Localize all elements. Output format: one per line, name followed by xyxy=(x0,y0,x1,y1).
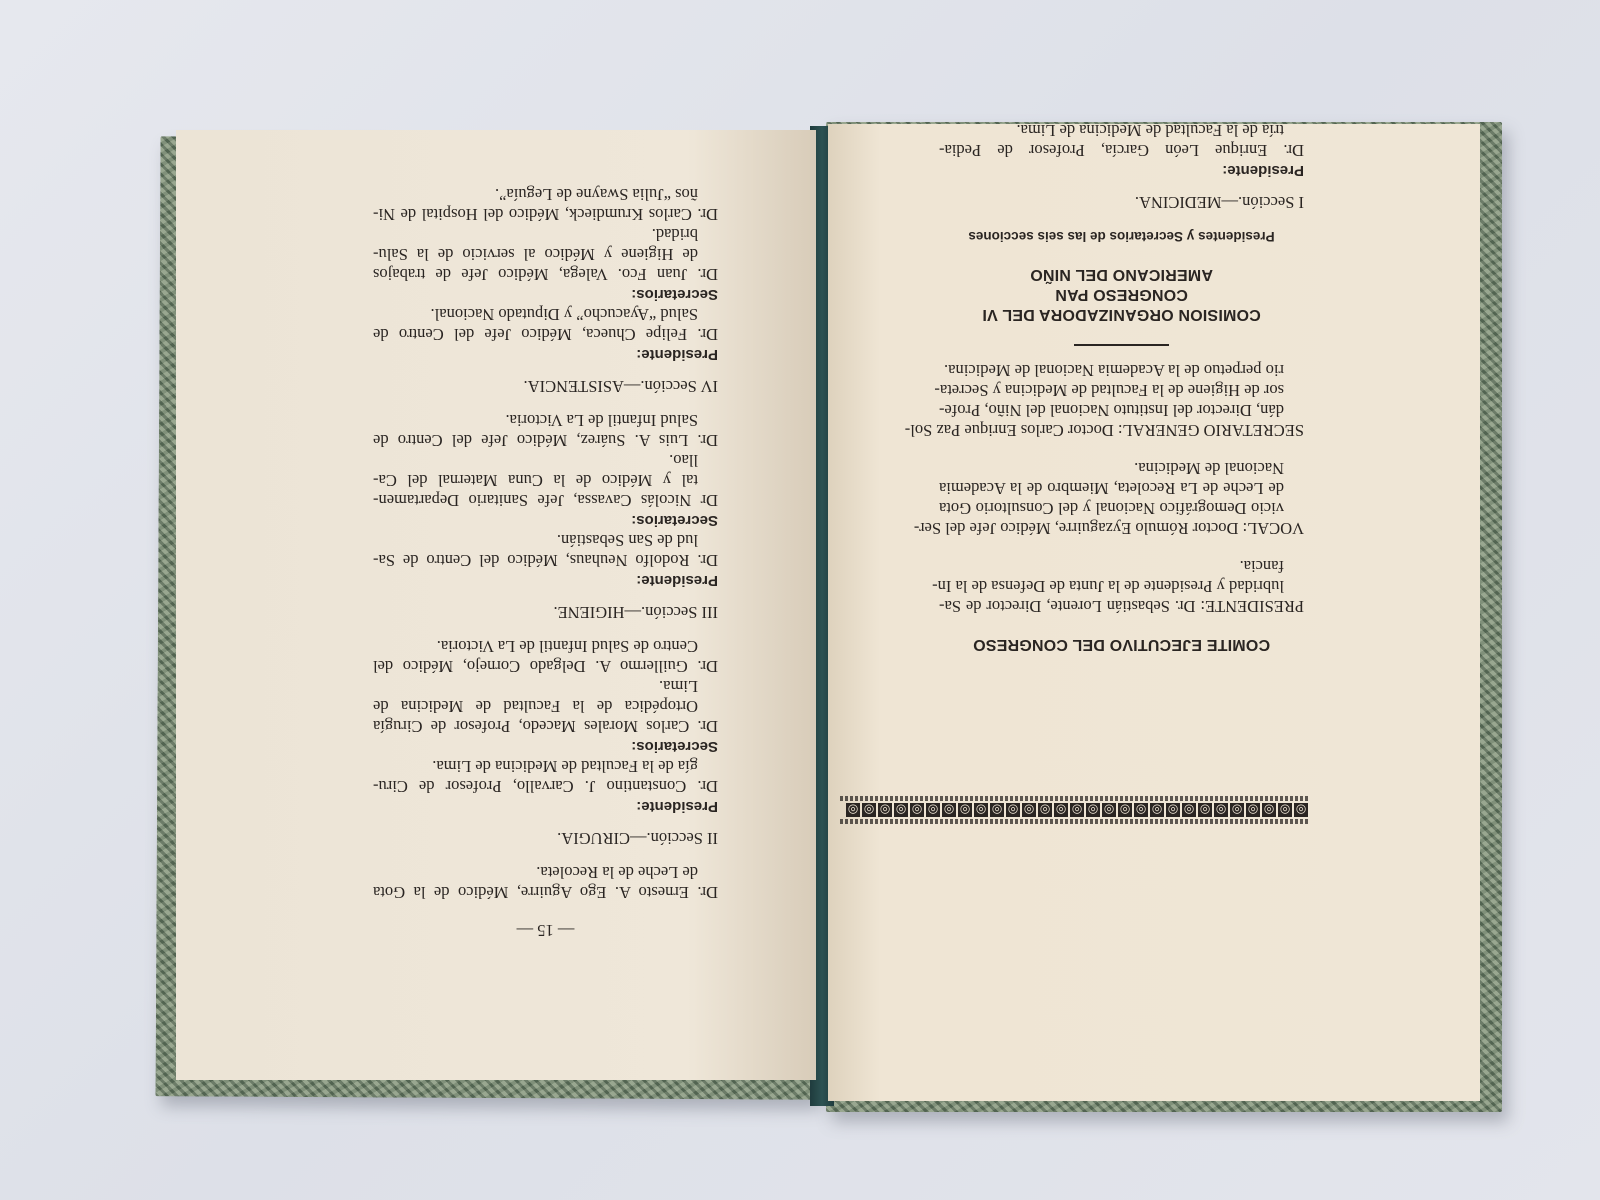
entry-line: Lima. xyxy=(373,676,718,696)
entry-line: Dr. Juan Fco. Valega, Médico Jefe de tra… xyxy=(373,264,718,284)
left-page: — 15 — Dr. Ernesto A. Ego Aguirre, Médic… xyxy=(176,130,816,1080)
entry-line: rio perpetuo de la Academia Nacional de … xyxy=(939,360,1304,380)
section-title: I Sección.—MEDICINA. xyxy=(939,192,1304,212)
section-title: III Sección.—HIGIENE. xyxy=(373,602,718,622)
greek-wave-border-icon: ◎◎◎◎◎◎◎◎◎◎◎◎◎◎◎◎◎◎◎◎◎◎◎◎◎◎◎◎◎ xyxy=(838,796,1308,824)
entry-line: VOCAL: Doctor Rómulo Eyzaguirre, Médico … xyxy=(939,518,1304,538)
entry-line: PRESIDENTE: Dr. Sebastián Lorente, Direc… xyxy=(939,596,1304,616)
entry-line: SECRETARIO GENERAL: Doctor Carlos Enriqu… xyxy=(939,420,1304,440)
secretarios-label: Secretarios: xyxy=(373,284,718,304)
presidente-label: Presidente: xyxy=(939,160,1304,180)
commission-title: AMERICANO DEL NIÑO xyxy=(939,264,1304,284)
entry-line: vicio Demográfico Nacional y del Consult… xyxy=(939,498,1304,518)
entry-line: bridad. xyxy=(373,224,718,244)
carryover-line: Dr. Ernesto A. Ego Aguirre, Médico de la… xyxy=(373,882,718,902)
presidente-label: Presidente: xyxy=(373,570,718,590)
secretarios-label: Secretarios: xyxy=(373,510,718,530)
entry-line: lubridad y Presidente de la Junta de Def… xyxy=(939,576,1304,596)
sections-subtitle: Presidentes y Secretarios de las seis se… xyxy=(939,226,1304,246)
entry-line: Salud “Ayacucho” y Diputado Nacional. xyxy=(373,304,718,324)
right-page: ◎◎◎◎◎◎◎◎◎◎◎◎◎◎◎◎◎◎◎◎◎◎◎◎◎◎◎◎◎ COMITE EJE… xyxy=(828,124,1480,1101)
right-page-text: ◎◎◎◎◎◎◎◎◎◎◎◎◎◎◎◎◎◎◎◎◎◎◎◎◎◎◎◎◎ COMITE EJE… xyxy=(939,124,1304,906)
entry-line: gía de la Facultad de Medicina de Lima. xyxy=(373,756,718,776)
entry-line: Dr. Enrique León García, Profesor de Ped… xyxy=(939,140,1304,160)
page-number: — 15 — xyxy=(373,920,718,940)
entry-line: ños “Julia Swayne de Leguía”. xyxy=(373,184,718,204)
entry-line: Dr. Carlos Morales Macedo, Profesor de C… xyxy=(373,716,718,736)
entry-line: Dr. Carlos Krumdieck, Médico del Hospita… xyxy=(373,204,718,224)
entry-line: Centro de Salud Infantil de La Victoria. xyxy=(373,636,718,656)
entry-line: Ortopédica de la Facultad de Medicina de xyxy=(373,696,718,716)
section-title: II Sección.—CIRUGIA. xyxy=(373,828,718,848)
presidente-label: Presidente: xyxy=(373,796,718,816)
entry-line: Dr. Constantino J. Carvallo, Profesor de… xyxy=(373,776,718,796)
entry-line: sor de Higiene de la Facultad de Medicin… xyxy=(939,380,1304,400)
entry-line: Dr. Luis A. Suárez, Médico Jefe del Cent… xyxy=(373,430,718,450)
entry-line: tal y Médico de la Cuna Maternal del Ca- xyxy=(373,470,718,490)
entry-line: Dr. Felipe Chueca, Médico Jefe del Centr… xyxy=(373,324,718,344)
left-page-text: — 15 — Dr. Ernesto A. Ego Aguirre, Médic… xyxy=(373,184,718,940)
secretarios-label: Secretarios: xyxy=(373,736,718,756)
entry-line: dán, Director del Instituto Nacional del… xyxy=(939,400,1304,420)
presidente-label: Presidente: xyxy=(373,344,718,364)
entry-line: de Higiene y Médico al servicio de la Sa… xyxy=(373,244,718,264)
entry-line: Salud Infantil de La Victoria. xyxy=(373,410,718,430)
entry-line: Dr Nicolás Cavassa, Jefe Sanitario Depar… xyxy=(373,490,718,510)
entry-line: Dr. Guillermo A. Delgado Cornejo, Médico… xyxy=(373,656,718,676)
carryover-line: de Leche de la Recoleta. xyxy=(373,862,718,882)
commission-title: COMISION ORGANIZADORA DEL VI CONGRESO PA… xyxy=(939,284,1304,324)
entry-line: Nacional de Medicina. xyxy=(939,458,1304,478)
entry-line: tría de la Facultad de Medicina de Lima. xyxy=(939,124,1304,140)
entry-line: fancia. xyxy=(939,556,1304,576)
entry-line: Dr. Rodolfo Neuhaus, Médico del Centro d… xyxy=(373,550,718,570)
separator-rule xyxy=(1074,344,1169,346)
entry-line: llao. xyxy=(373,450,718,470)
entry-line: de Leche de La Recoleta, Miembro de la A… xyxy=(939,478,1304,498)
executive-committee-heading: COMITE EJECUTIVO DEL CONGRESO xyxy=(939,634,1304,654)
section-title: IV Sección.—ASISTENCIA. xyxy=(373,376,718,396)
entry-line: lud de San Sebastián. xyxy=(373,530,718,550)
